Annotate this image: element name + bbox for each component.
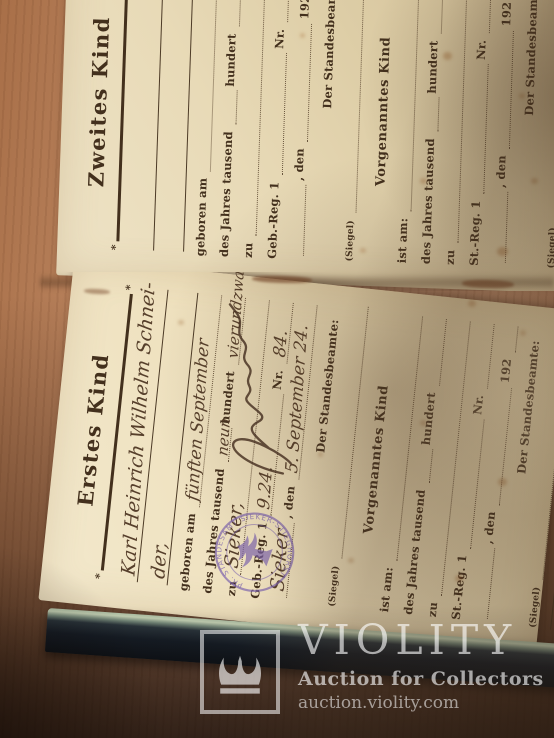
- page-title: Zweites Kind: [81, 0, 117, 253]
- crown-frame: [200, 630, 280, 714]
- registrar-label-2: Der Standesbeamte:: [518, 0, 542, 268]
- asterisk-left: *: [109, 241, 122, 253]
- title-rule: * *: [111, 0, 135, 254]
- violity-watermark: VIOLITY Auction for Collectors auction.v…: [200, 620, 544, 714]
- brand-url: auction.violity.com: [298, 693, 544, 713]
- crown-icon: [213, 648, 267, 696]
- handwritten-name-2: der,: [148, 540, 173, 580]
- date-row: , den 192: [289, 0, 315, 260]
- page-zweites-kind: Zweites Kind * * geboren am des Jahres t…: [56, 0, 554, 291]
- died-on-row: ist am:: [395, 0, 421, 263]
- year-row: des Jahres tausend hundert: [217, 0, 243, 257]
- upper-page-region: Zweites Kind * * geboren am des Jahres t…: [0, 0, 554, 291]
- registrar-signature: [216, 297, 303, 484]
- watermark-text: VIOLITY Auction for Collectors auction.v…: [298, 620, 544, 713]
- photo-of-open-register-book: Zweites Kind * * geboren am des Jahres t…: [0, 0, 554, 738]
- name-line-2: [163, 0, 195, 256]
- place-row: zu: [241, 0, 267, 258]
- register-row: Geb.-Reg. 1 Nr.: [265, 0, 291, 259]
- death-date-row: , den 192: [491, 0, 517, 267]
- form-erstes-kind: Erstes Kind * * Karl Heinrich Wilhelm Sc…: [38, 272, 554, 652]
- death-year-row: des Jahres tausend hundert: [419, 0, 445, 264]
- form-zweites-kind: Zweites Kind * * geboren am des Jahres t…: [56, 0, 554, 291]
- seal-signature-row: (Siegel): [344, 0, 366, 262]
- seal-note: (Siegel): [327, 565, 341, 607]
- registrar-label: Der Standesbeamte:: [316, 0, 340, 261]
- born-on-row: geboren am: [193, 0, 219, 256]
- aforenamed-child-header: Vorgenanntes Kind: [371, 0, 397, 263]
- lower-page-region: Erstes Kind * * Karl Heinrich Wilhelm Sc…: [0, 272, 554, 654]
- eagle-icon: [231, 529, 276, 576]
- brand-tagline: Auction for Collectors: [298, 668, 544, 690]
- page-erstes-kind: Erstes Kind * * Karl Heinrich Wilhelm Sc…: [38, 272, 554, 652]
- death-place-row: zu: [443, 0, 469, 265]
- name-line-1: [133, 0, 165, 255]
- seal-signature-row-2: (Siegel): [545, 0, 554, 269]
- brand-name: VIOLITY: [298, 620, 544, 661]
- death-register-row: St.-Reg. 1 Nr.: [467, 0, 493, 266]
- seal-note: (Siegel): [345, 220, 356, 262]
